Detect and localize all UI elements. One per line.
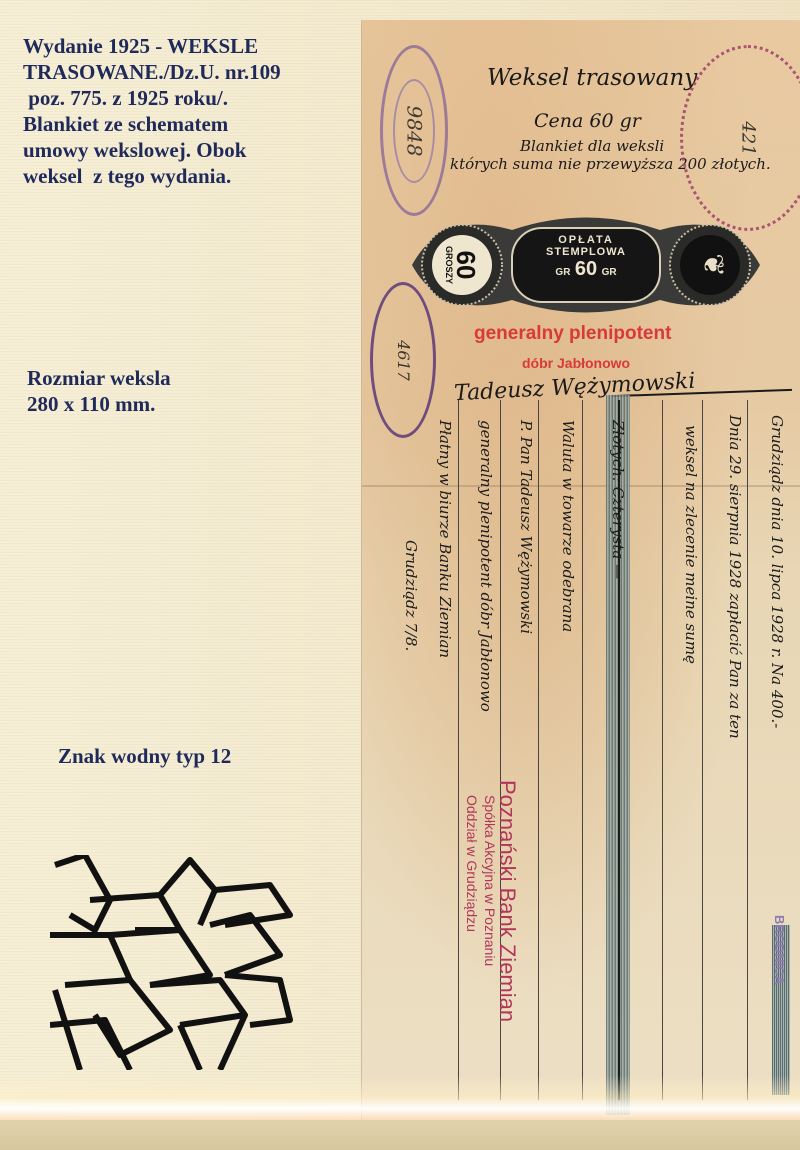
handwriting-line: Waluta w towarze odebrana	[559, 420, 577, 632]
signature: Tadeusz Wężymowski	[454, 369, 696, 407]
stamp-center-text: OPŁATA STEMPLOWA GR 60 GR	[512, 234, 660, 280]
bank-oval-stamp-top-right: 421	[680, 45, 800, 231]
bill-note-line1: Blankiet dla weksli	[520, 137, 664, 155]
plenipotent-stamp-line2: dóbr Jabłonowo	[522, 355, 630, 371]
watermark-pattern	[50, 855, 295, 1070]
bank-oval-stamp-top-left: 9848	[380, 45, 448, 216]
handwriting-line: Grudziądz dnia 10. lipca 1928 r. Na 400.…	[768, 415, 786, 728]
bank-stamp-line2: Spółka Akcyjna w Poznaniu	[482, 795, 498, 966]
stamp-number: 421	[737, 121, 758, 155]
bank-stamp-line3: Oddział w Grudziądzu	[464, 795, 480, 932]
bill-title: Weksel trasowany	[487, 65, 697, 91]
album-frame-edge	[0, 1120, 800, 1150]
size-caption: Rozmiar weksla 280 x 110 mm.	[27, 365, 171, 417]
handwriting-line: Grudziądz 7/8.	[402, 540, 420, 651]
tax-stamp: 60 GROSZY OPŁATA STEMPLOWA GR 60 GR ❦	[402, 210, 770, 320]
watermark-caption: Znak wodny typ 12	[58, 743, 231, 769]
bank-oval-stamp-left: 4617	[370, 282, 436, 438]
handwriting-line: Płatny w biurze Banku Ziemian	[436, 420, 454, 658]
handwriting-line: Złotych: Czterysta —	[609, 420, 627, 579]
handwriting-line: generalny plenipotent dóbr Jabłonowo	[477, 420, 495, 712]
bill-price: Cena 60 gr	[534, 110, 641, 132]
stamp-number: 9848	[402, 105, 426, 156]
plenipotent-stamp-line1: generalny plenipotent	[474, 323, 671, 345]
handwriting-line: P. Pan Tadeusz Wężymowski	[517, 420, 535, 634]
brodnica-stamp: BRODNICA	[772, 915, 787, 985]
bill-of-exchange: Weksel trasowany Cena 60 gr Blankiet dla…	[362, 20, 800, 1120]
handwriting-line: Dnia 29. sierpnia 1928 zapłacić Pan za t…	[726, 415, 744, 739]
handwriting-line: weksel na zlecenie meine sumę	[682, 425, 700, 664]
eagle-emblem-icon: ❦	[690, 247, 730, 283]
stamp-value-left: 60 GROSZY	[432, 235, 492, 295]
description-caption: Wydanie 1925 - WEKSLE TRASOWANE./Dz.U. n…	[23, 33, 281, 189]
stamp-number: 4617	[394, 340, 413, 381]
